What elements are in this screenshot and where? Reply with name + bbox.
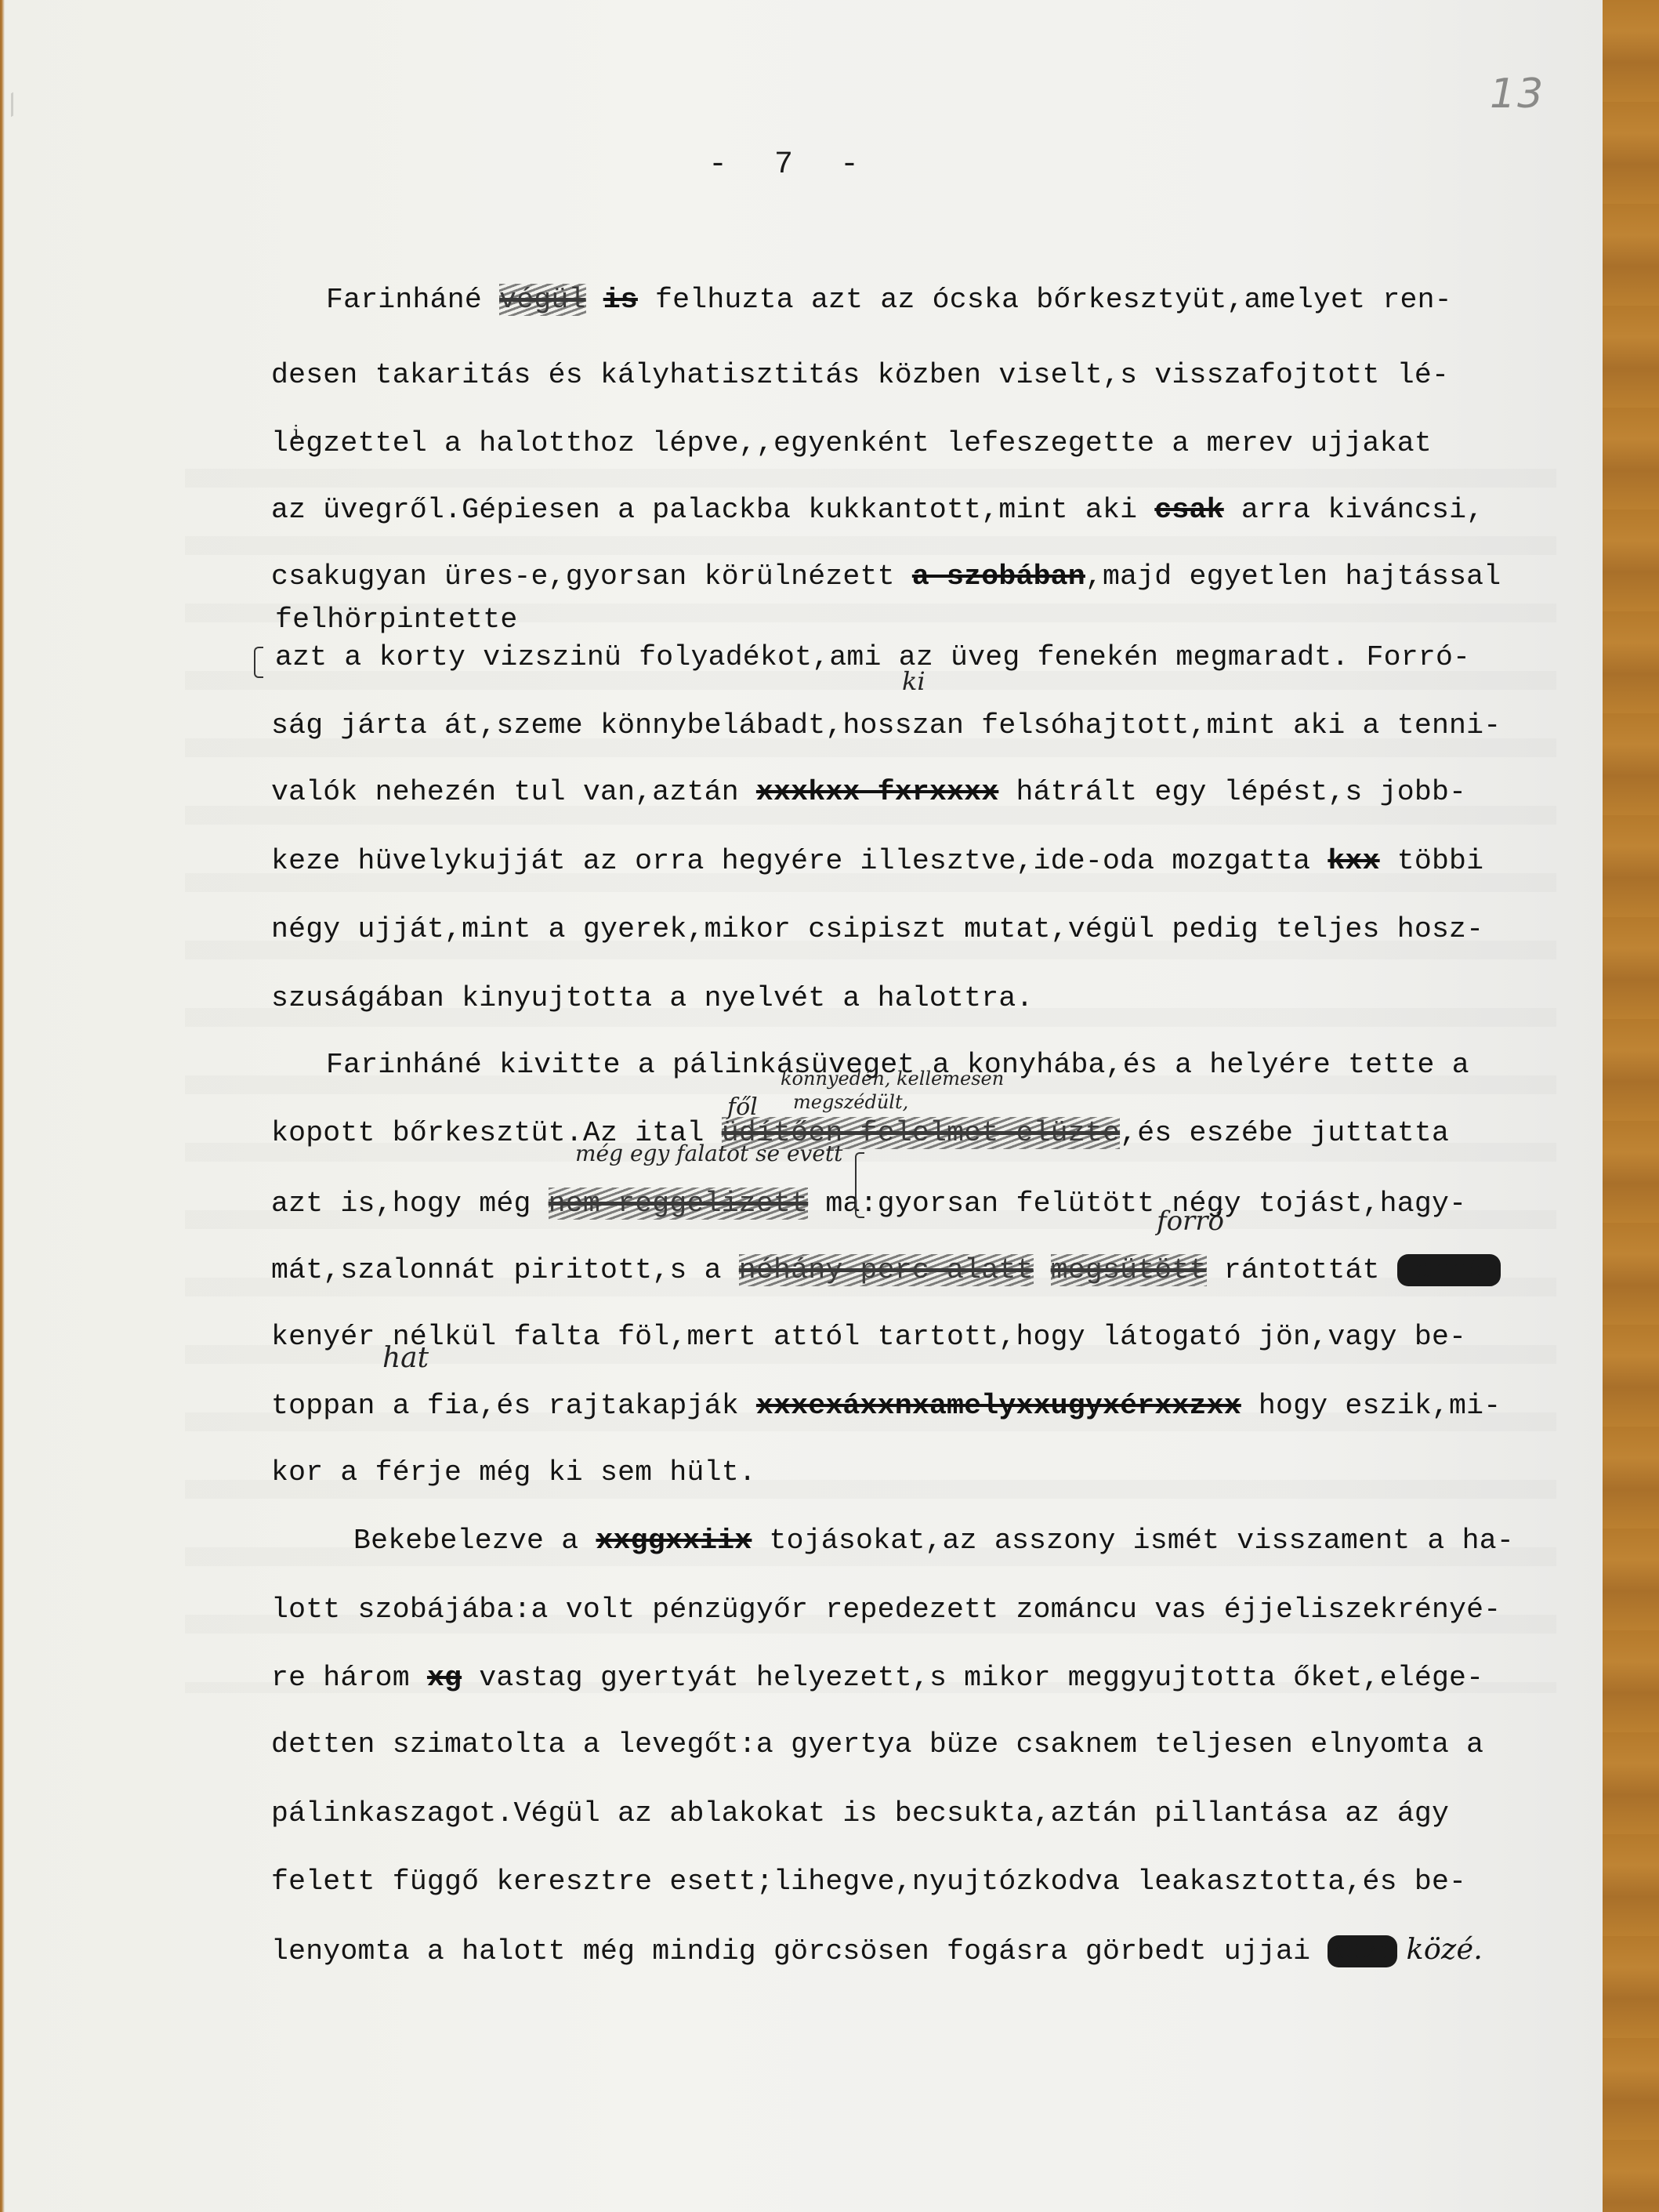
typed-line: kenyér nélkül falta föl,mert attól tarto… <box>271 1321 1466 1353</box>
typed-line: azt is,hogy még nem reggelizett ma:gyors… <box>271 1188 1466 1220</box>
typed-text: pálinkaszagot.Végül az ablakokat is becs… <box>271 1797 1449 1829</box>
typed-text: valók nehezén tul van,aztán <box>271 776 756 808</box>
typed-text <box>586 284 603 316</box>
typed-line: csakugyan üres-e,gyorsan körülnézett a s… <box>271 560 1501 593</box>
scribbled-out-text: néhány perc alatt <box>739 1254 1034 1286</box>
typed-text: ma:gyorsan felütött négy tojást,hagy- <box>808 1188 1466 1220</box>
handwritten-note-i-dot: i <box>293 422 299 444</box>
typed-text: keze hüvelykujját az orra hegyére illesz… <box>271 845 1328 877</box>
handwritten-note-forro: forró <box>1157 1206 1224 1237</box>
typed-text: tojásokat,az asszony ismét visszament a … <box>752 1525 1514 1557</box>
handwritten-note-meg-egy-falatot: még egy falatot se evett <box>575 1140 842 1166</box>
typed-text: lott szobájába:a volt pénzügyőr repedeze… <box>271 1594 1501 1626</box>
typed-text <box>1034 1254 1051 1286</box>
struck-out-text: xxxexáxxnxamelyxxugyxérxxzxx <box>756 1390 1241 1422</box>
typed-text: Bekebelezve a <box>353 1525 596 1557</box>
handwritten-note-ki: ki <box>902 666 925 696</box>
struck-out-text: is <box>603 284 638 316</box>
typed-text: ,majd egyetlen hajtással <box>1085 560 1501 593</box>
handwritten-note-hat: hat <box>382 1342 429 1374</box>
archive-number: 13 <box>1490 71 1545 118</box>
typed-line: felett függő keresztre esett;lihegve,nyu… <box>271 1866 1466 1898</box>
scribbled-out-text: megsütött <box>1051 1254 1207 1286</box>
scribbled-out-text: végül <box>499 284 586 316</box>
typed-text: toppan a fia,és rajtakapják <box>271 1390 756 1422</box>
typed-text: azt a korty vizszinü folyadékot,ami az ü… <box>275 641 1470 673</box>
typed-text: felett függő keresztre esett;lihegve,nyu… <box>271 1866 1466 1898</box>
handwritten-note-konnyeden: könnyedén, kellemesen <box>781 1068 1004 1090</box>
ink-blot-deletion: közé <box>1328 1935 1396 1967</box>
handwritten-note-fol: fől <box>727 1093 758 1121</box>
typed-text: csakugyan üres-e,gyorsan körülnézett <box>271 560 912 593</box>
typed-text: kor a férje még ki sem hült. <box>271 1456 756 1489</box>
typewritten-page: 13 - 7 - Farinháné végül is felhuzta azt… <box>5 0 1603 2212</box>
typed-text: négy ujját,mint a gyerek,mikor csipiszt … <box>271 913 1483 945</box>
typed-text: re három <box>271 1662 427 1694</box>
typed-line: kor a férje még ki sem hült. <box>271 1456 756 1489</box>
handwritten-note-megszedult: megszédült, <box>793 1091 908 1113</box>
struck-out-text: kxx <box>1328 845 1379 877</box>
typed-text: felhörpintette <box>275 604 517 636</box>
typed-text: az üvegről.Gépiesen a palackba kukkantot… <box>271 494 1154 526</box>
typed-text: ,és eszébe juttatta <box>1120 1117 1449 1149</box>
typed-line: desen takaritás és kályhatisztitás közbe… <box>271 359 1449 391</box>
typed-text: legzettel a halotthoz lépve,,egyenként l… <box>271 427 1432 459</box>
typed-line: mát,szalonnát piritott,s a néhány perc a… <box>271 1254 1501 1286</box>
typed-text: Farinháné <box>326 284 499 316</box>
typed-text: rántottát <box>1207 1254 1397 1286</box>
typed-line: Bekebelezve a xxggxxiix tojásokat,az ass… <box>353 1525 1514 1557</box>
typed-text: arra kiváncsi, <box>1224 494 1484 526</box>
typed-line: lenyomta a halott még mindig görcsösen f… <box>271 1932 1483 1967</box>
typed-text: desen takaritás és kályhatisztitás közbe… <box>271 359 1449 391</box>
insertion-bracket <box>254 647 263 678</box>
typed-text: hogy eszik,mi- <box>1241 1390 1501 1422</box>
typed-line: pálinkaszagot.Végül az ablakokat is becs… <box>271 1797 1449 1829</box>
typed-line: ság járta át,szeme könnybelábadt,hosszan… <box>271 709 1501 742</box>
typed-text: vastag gyertyát helyezett,s mikor meggyu… <box>462 1662 1483 1694</box>
typed-line: kopott bőrkesztüt.Az ital üdítően felelm… <box>271 1117 1449 1149</box>
typed-text: többi <box>1380 845 1484 877</box>
typed-line: lott szobájába:a volt pénzügyőr repedeze… <box>271 1594 1501 1626</box>
typed-text: felhuzta azt az ócska bőrkesztyüt,amelye… <box>638 284 1452 316</box>
typed-line: azt a korty vizszinü folyadékot,ami az ü… <box>275 641 1470 673</box>
typed-text: hátrált egy lépést,s jobb- <box>998 776 1466 808</box>
typed-line: valók nehezén tul van,aztán xxxkxx fxrxx… <box>271 776 1466 808</box>
typed-line: keze hüvelykujját az orra hegyére illesz… <box>271 845 1483 877</box>
typed-text: mát,szalonnát piritott,s a <box>271 1254 739 1286</box>
typed-text: szuságában kinyujtotta a nyelvét a halot… <box>271 982 1034 1014</box>
wooden-desk-background <box>1603 0 1659 2212</box>
pencil-edge-mark <box>11 82 31 117</box>
ink-blot-deletion: forrón <box>1397 1254 1501 1286</box>
typed-line: toppan a fia,és rajtakapják xxxexáxxnxam… <box>271 1390 1501 1422</box>
typed-text: azt is,hogy még <box>271 1188 549 1220</box>
struck-out-text: xg <box>427 1662 462 1694</box>
typed-line: re három xg vastag gyertyát helyezett,s … <box>271 1662 1483 1694</box>
typed-line: az üvegről.Gépiesen a palackba kukkantot… <box>271 494 1483 526</box>
handwritten-correction-koze: közé. <box>1397 1932 1483 1966</box>
scribbled-out-text: nem reggelizett <box>549 1188 809 1220</box>
struck-out-text: xxxkxx fxrxxxx <box>756 776 998 808</box>
typed-text: detten szimatolta a levegőt:a gyertya bü… <box>271 1728 1483 1761</box>
typed-text: kenyér nélkül falta föl,mert attól tarto… <box>271 1321 1466 1353</box>
typed-text: lenyomta a halott még mindig görcsösen f… <box>271 1935 1328 1967</box>
typed-line: detten szimatolta a levegőt:a gyertya bü… <box>271 1728 1483 1761</box>
typed-line: szuságában kinyujtotta a nyelvét a halot… <box>271 982 1034 1014</box>
typed-text: ság járta át,szeme könnybelábadt,hosszan… <box>271 709 1501 742</box>
struck-out-text: a szobában <box>912 560 1085 593</box>
typed-line: felhörpintette <box>275 604 517 636</box>
typed-line: legzettel a halotthoz lépve,,egyenként l… <box>271 427 1432 459</box>
typed-line: Farinháné végül is felhuzta azt az ócska… <box>326 284 1452 316</box>
typed-line: négy ujját,mint a gyerek,mikor csipiszt … <box>271 913 1483 945</box>
insertion-bracket <box>855 1152 864 1218</box>
struck-out-text: xxggxxiix <box>596 1525 752 1557</box>
page-number: - 7 - <box>708 147 873 183</box>
struck-out-text: csak <box>1154 494 1223 526</box>
